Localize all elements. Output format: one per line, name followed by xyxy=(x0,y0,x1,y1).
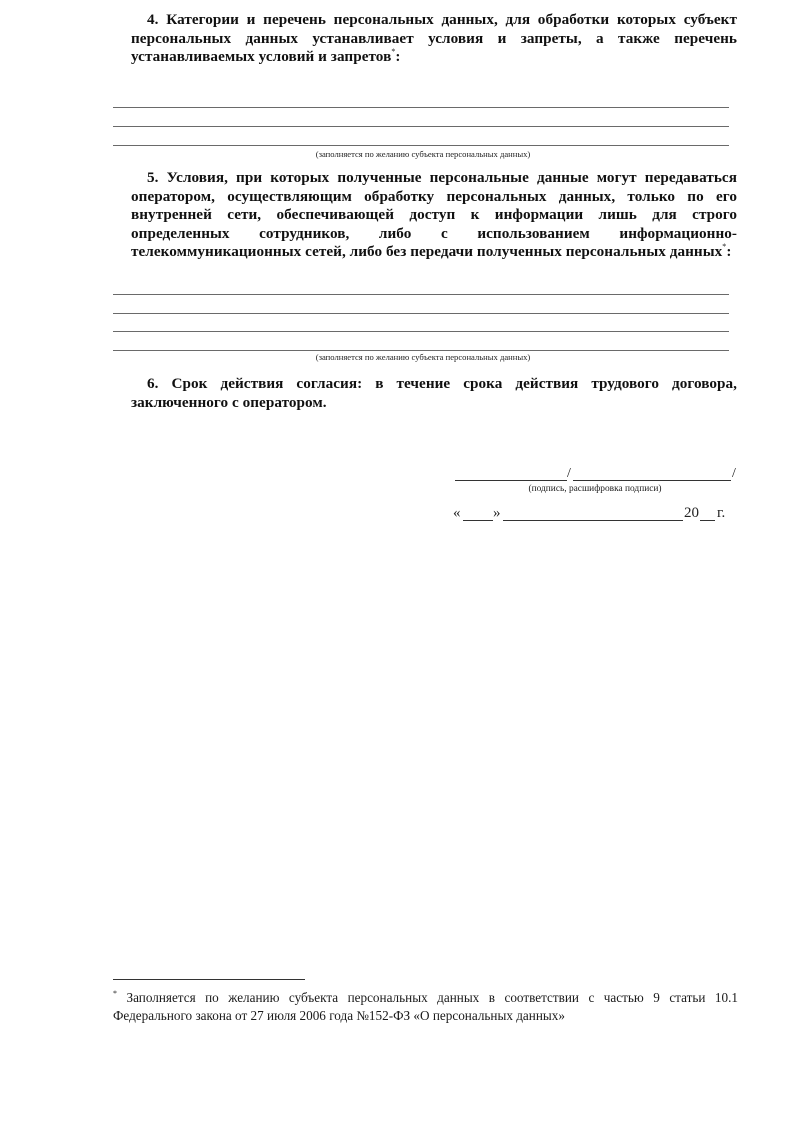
section-5-text: Условия, при которых полученные персонал… xyxy=(131,169,737,260)
footnote-mark: * xyxy=(113,989,117,998)
document-page: 4. Категории и перечень персональных дан… xyxy=(0,0,794,1123)
section-4-hint: (заполняется по желанию субъекта персона… xyxy=(113,149,733,159)
date-open-quote: « xyxy=(453,504,461,522)
signature-name-field[interactable] xyxy=(573,464,731,481)
input-line-4-1[interactable] xyxy=(113,107,729,108)
signature-separator: / xyxy=(567,466,571,482)
date-row: « » 20 г. xyxy=(453,504,743,526)
input-line-4-3[interactable] xyxy=(113,145,729,146)
footnote-separator xyxy=(113,979,305,980)
input-line-5-4[interactable] xyxy=(113,350,729,351)
section-4-number: 4. xyxy=(147,11,159,28)
signature-field[interactable] xyxy=(455,464,567,481)
input-line-4-2[interactable] xyxy=(113,126,729,127)
signature-hint: (подпись, расшифровка подписи) xyxy=(495,484,695,494)
input-line-5-1[interactable] xyxy=(113,294,729,295)
input-line-5-3[interactable] xyxy=(113,331,729,332)
date-day-field[interactable] xyxy=(463,504,493,521)
section-5-number: 5. xyxy=(147,169,159,186)
date-month-field[interactable] xyxy=(503,504,683,521)
section-4: 4. Категории и перечень персональных дан… xyxy=(131,11,737,67)
date-year-field[interactable] xyxy=(700,504,715,521)
section-5: 5. Условия, при которых полученные персо… xyxy=(131,169,737,262)
footnote: * Заполняется по желанию субъекта персон… xyxy=(113,989,738,1025)
signature-end-separator: / xyxy=(732,466,736,482)
input-line-5-2[interactable] xyxy=(113,313,729,314)
footnote-text: Заполняется по желанию субъекта персонал… xyxy=(113,990,738,1023)
section-4-text: Категории и перечень персональных данных… xyxy=(131,11,737,65)
date-close-quote: » xyxy=(493,504,501,522)
date-year-prefix: 20 xyxy=(684,504,699,522)
section-6: 6. Срок действия согласия: в течение сро… xyxy=(131,375,737,412)
date-year-suffix: г. xyxy=(717,504,725,522)
signature-row: / / xyxy=(455,464,740,484)
section-6-number: 6. xyxy=(147,375,159,392)
section-6-text: Срок действия согласия: в течение срока … xyxy=(131,375,737,411)
section-5-hint: (заполняется по желанию субъекта персона… xyxy=(113,352,733,362)
